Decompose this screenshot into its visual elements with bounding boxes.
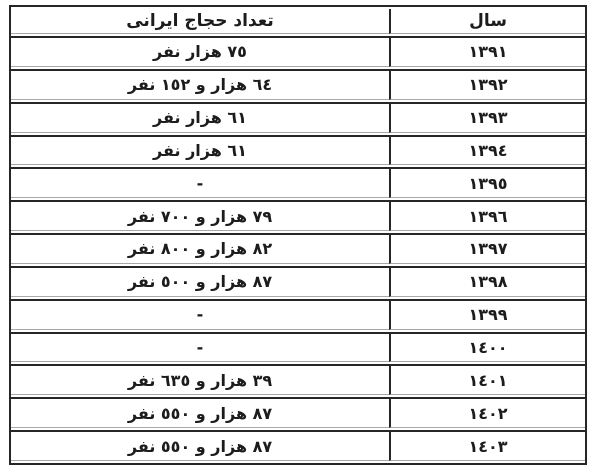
year-cell: ١٣٩٢: [389, 69, 585, 100]
pilgrim-count-cell: ٨٧ هزار و ٥٠٠ نفر: [11, 266, 389, 297]
pilgrim-count-cell: -: [11, 299, 389, 330]
hajj-pilgrims-table: سال تعداد حجاج ایرانی ١٣٩١٧٥ هزار نفر١٣٩…: [9, 5, 587, 465]
pilgrim-count-cell: ٦١ هزار نفر: [11, 135, 389, 166]
table-row: ١٣٩٦٧٩ هزار و ٧٠٠ نفر: [11, 200, 585, 231]
pilgrim-count-cell: ٨٧ هزار و ٥٥٠ نفر: [11, 430, 389, 461]
year-cell: ١٣٩٤: [389, 135, 585, 166]
year-cell: ١٣٩٣: [389, 102, 585, 133]
pilgrim-count-cell: ٨٢ هزار و ٨٠٠ نفر: [11, 233, 389, 264]
table-row: ١٣٩٢٦٤ هزار و ١٥٢ نفر: [11, 69, 585, 100]
table-row: ١٤٠٠-: [11, 332, 585, 363]
year-cell: ١٣٩٩: [389, 299, 585, 330]
pilgrim-count-cell: ٨٧ هزار و ٥٥٠ نفر: [11, 397, 389, 428]
page: سال تعداد حجاج ایرانی ١٣٩١٧٥ هزار نفر١٣٩…: [0, 0, 600, 475]
year-cell: ١٣٩٧: [389, 233, 585, 264]
pilgrim-count-cell: ٦٤ هزار و ١٥٢ نفر: [11, 69, 389, 100]
table-row: ١٤٠٣٨٧ هزار و ٥٥٠ نفر: [11, 430, 585, 461]
table-row: ١٣٩١٧٥ هزار نفر: [11, 36, 585, 67]
table-row: ١٣٩٥-: [11, 167, 585, 198]
table-row: ١٣٩٣٦١ هزار نفر: [11, 102, 585, 133]
table-row: ١٣٩٤٦١ هزار نفر: [11, 135, 585, 166]
table-row: ١٣٩٧٨٢ هزار و ٨٠٠ نفر: [11, 233, 585, 264]
year-cell: ١٤٠٠: [389, 332, 585, 363]
year-cell: ١٣٩١: [389, 36, 585, 67]
table-row: ١٣٩٩-: [11, 299, 585, 330]
year-cell: ١٤٠٢: [389, 397, 585, 428]
table-row: ١٤٠٢٨٧ هزار و ٥٥٠ نفر: [11, 397, 585, 428]
pilgrim-count-cell: ٣٩ هزار و ٦٣٥ نفر: [11, 364, 389, 395]
year-cell: ١٤٠٣: [389, 430, 585, 461]
table-row: ١٣٩٨٨٧ هزار و ٥٠٠ نفر: [11, 266, 585, 297]
table-body: ١٣٩١٧٥ هزار نفر١٣٩٢٦٤ هزار و ١٥٢ نفر١٣٩٣…: [11, 36, 585, 461]
table-row: ١٤٠١٣٩ هزار و ٦٣٥ نفر: [11, 364, 585, 395]
pilgrim-count-cell: ٧٥ هزار نفر: [11, 36, 389, 67]
header-row: سال تعداد حجاج ایرانی: [11, 9, 585, 34]
pilgrim-count-cell: -: [11, 167, 389, 198]
year-cell: ١٣٩٦: [389, 200, 585, 231]
pilgrim-count-cell: ٦١ هزار نفر: [11, 102, 389, 133]
pilgrim-count-cell: ٧٩ هزار و ٧٠٠ نفر: [11, 200, 389, 231]
year-cell: ١٤٠١: [389, 364, 585, 395]
year-cell: ١٣٩٨: [389, 266, 585, 297]
year-column-header: سال: [389, 9, 585, 34]
pilgrim-count-cell: -: [11, 332, 389, 363]
year-cell: ١٣٩٥: [389, 167, 585, 198]
pilgrim-count-column-header: تعداد حجاج ایرانی: [11, 9, 389, 34]
